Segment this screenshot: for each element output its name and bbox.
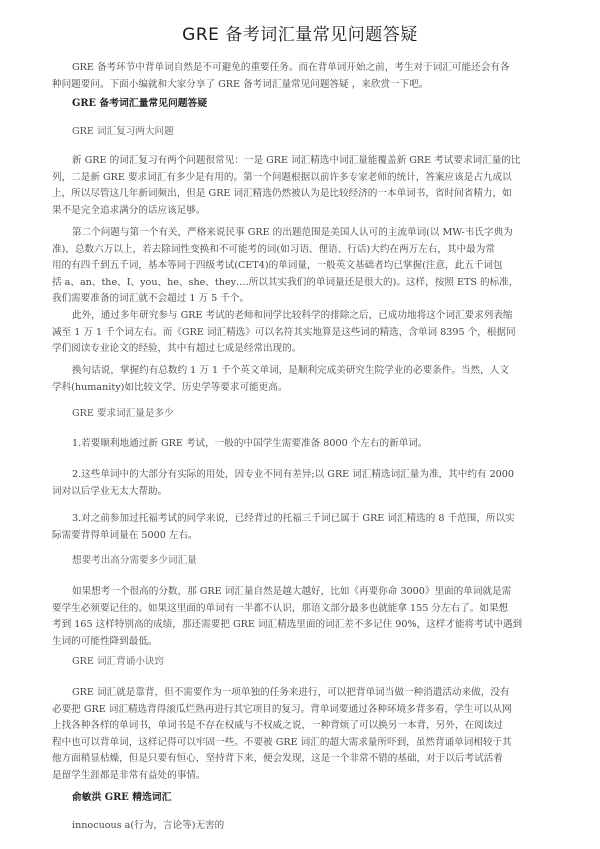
paragraph-3: 此外，通过多年研究参与 GRE 考试的老师和同学比较科学的排除之后，已成功地将这…: [52, 308, 562, 358]
section-title-vocab-list: 俞敏洪 GRE 精选词汇: [52, 790, 562, 807]
text-line: 词对以后学业无太大帮助。: [52, 484, 562, 501]
text-line: 必要把 GRE 词汇精选背得滚瓜烂熟再进行其它项目的复习。背单词要通过各种环境多…: [52, 702, 562, 719]
text-line: 他方面稍显枯燥，但是只要有恒心，坚持背下来，便会发现，这是一个非常不错的基础，对…: [52, 751, 562, 768]
text-line: 1.若要顺利地通过新 GRE 考试，一般的中国学生需要准备 8000 个左右的新…: [52, 436, 562, 453]
sub-title-review-problems: GRE 词汇复习两大问题: [52, 124, 562, 141]
text-line: 第二个问题与第一个有关，严格来说民事 GRE 的出题范围是美国人认可的主流单词(…: [52, 225, 562, 242]
section-heading: 俞敏洪 GRE 精选词汇: [52, 790, 562, 807]
paragraph-2: 第二个问题与第一个有关，严格来说民事 GRE 的出题范围是美国人认可的主流单词(…: [52, 225, 562, 308]
text-line: 准)，总数六万以上，若去除词性变换和不可能考的词(如习语、俚语、行话)大约在两万…: [52, 242, 562, 259]
text-line: GRE 备考环节中背单词自然是不可避免的重要任务。而在背单词开始之前，考生对于词…: [52, 60, 562, 77]
text-line: 是留学生涯都是非常有益处的事情。: [52, 768, 562, 785]
paragraph-9: GRE 词汇就是靠背，但不需要作为一项单独的任务来进行，可以把背单词当做一种消遣…: [52, 685, 562, 784]
text-line: 上找各种各样的单词书，单词书是不存在权威与不权威之说，一种背烦了可以换另一本背，…: [52, 718, 562, 735]
section-heading: GRE 备考词汇量常见问题答疑: [52, 96, 562, 113]
text-line: 用的有四千到五千词，基本等同于四级考试(CET4)的单词量，一般英文基础者均已掌…: [52, 258, 562, 275]
section-title: GRE 备考词汇量常见问题答疑: [52, 96, 562, 113]
paragraph-8: 如果想考一个很高的分数，那 GRE 词汇量自然是越大越好，比如《再要你命 300…: [52, 584, 562, 650]
text-line: 新 GRE 的词汇复习有两个问题很常见：一是 GRE 词汇精选中词汇量能覆盖新 …: [52, 153, 562, 170]
paragraph-7: 3.对之前参加过托福考试的同学来说，已经背过的托福三千词已属于 GRE 词汇精选…: [52, 511, 562, 544]
paragraph-4: 换句话说，掌握约有总数约 1 万 1 千个英文单词，是顺利完成美研究生院学业的必…: [52, 363, 562, 396]
subheading: GRE 词汇背诵小诀窍: [52, 654, 562, 671]
text-line: 际需要背得单词量在 5000 左右。: [52, 528, 562, 545]
paragraph-6: 2.这些单词中的大部分有实际的用处，因专业不同有差异;以 GRE 词汇精选词汇量…: [52, 467, 562, 500]
sub-title-memorization-tips: GRE 词汇背诵小诀窍: [52, 654, 562, 671]
vocab-word-innocuous: innocuous a(行为，言论等)无害的: [52, 818, 562, 835]
sub-title-required-vocab: GRE 要求词汇量是多少: [52, 406, 562, 423]
text-line: 学科(humanity)如比较文学、历史学等要求可能更高。: [52, 380, 562, 397]
text-line: 果不是完全追求满分的话应该足够。: [52, 203, 562, 220]
text-line: 列，二是新 GRE 要求词汇有多少是有用的。第一个问题根据以前许多专家老师的统计…: [52, 170, 562, 187]
document-page: GRE 备考词汇量常见问题答疑 GRE 备考环节中背单词自然是不可避免的重要任务…: [0, 0, 600, 849]
intro-paragraph: GRE 备考环节中背单词自然是不可避免的重要任务。而在背单词开始之前，考生对于词…: [52, 60, 562, 93]
document-title: GRE 备考词汇量常见问题答疑: [0, 20, 600, 45]
text-line: 要学生必须要记住的。如果这里面的单词有一半都不认识，那语文部分最多也就能拿 15…: [52, 601, 562, 618]
text-line: 生词的可能性降到最低。: [52, 634, 562, 651]
subheading: 想要考出高分需要多少词汇量: [52, 553, 562, 570]
text-line: 如果想考一个很高的分数，那 GRE 词汇量自然是越大越好，比如《再要你命 300…: [52, 584, 562, 601]
text-line: 程中也可以背单词，这样记得可以牢固一些。不要被 GRE 词汇的超大需求量所吓到，…: [52, 735, 562, 752]
text-line: 我们需要准备的词汇就不会超过 1 万 5 千个。: [52, 291, 562, 308]
text-line: 换句话说，掌握约有总数约 1 万 1 千个英文单词，是顺利完成美研究生院学业的必…: [52, 363, 562, 380]
paragraph-5: 1.若要顺利地通过新 GRE 考试，一般的中国学生需要准备 8000 个左右的新…: [52, 436, 562, 453]
text-line: 考到 165 这样特别高的成绩，那还需要把 GRE 词汇精选里面的词汇差不多记住…: [52, 617, 562, 634]
text-line: 2.这些单词中的大部分有实际的用处，因专业不同有差异;以 GRE 词汇精选词汇量…: [52, 467, 562, 484]
paragraph-1: 新 GRE 的词汇复习有两个问题很常见：一是 GRE 词汇精选中词汇量能覆盖新 …: [52, 153, 562, 219]
text-line: GRE 词汇就是靠背，但不需要作为一项单独的任务来进行，可以把背单词当做一种消遣…: [52, 685, 562, 702]
text-line: 括 a、an、the、I、you、he、she、they….所以其实我们的单词量…: [52, 275, 562, 292]
sub-title-high-score-vocab: 想要考出高分需要多少词汇量: [52, 553, 562, 570]
text-line: 减至 1 万 1 千个词左右。而《GRE 词汇精选》可以名符其实地算是这些词的精…: [52, 325, 562, 342]
text-line: 学们阅读专业论文的经验，其中有超过七成是经常出现的。: [52, 341, 562, 358]
text-line: 种问题要问。下面小编就和大家分享了 GRE 备考词汇量常见问题答疑 ，来欣赏一下…: [52, 77, 562, 94]
text-line: 3.对之前参加过托福考试的同学来说，已经背过的托福三千词已属于 GRE 词汇精选…: [52, 511, 562, 528]
vocab-entry: innocuous a(行为，言论等)无害的: [52, 818, 562, 835]
text-line: 上，所以尽管这几年新词频出，但是 GRE 词汇精选仍然被认为是比较经济的一本单词…: [52, 186, 562, 203]
subheading: GRE 要求词汇量是多少: [52, 406, 562, 423]
text-line: 此外，通过多年研究参与 GRE 考试的老师和同学比较科学的排除之后，已成功地将这…: [52, 308, 562, 325]
subheading: GRE 词汇复习两大问题: [52, 124, 562, 141]
